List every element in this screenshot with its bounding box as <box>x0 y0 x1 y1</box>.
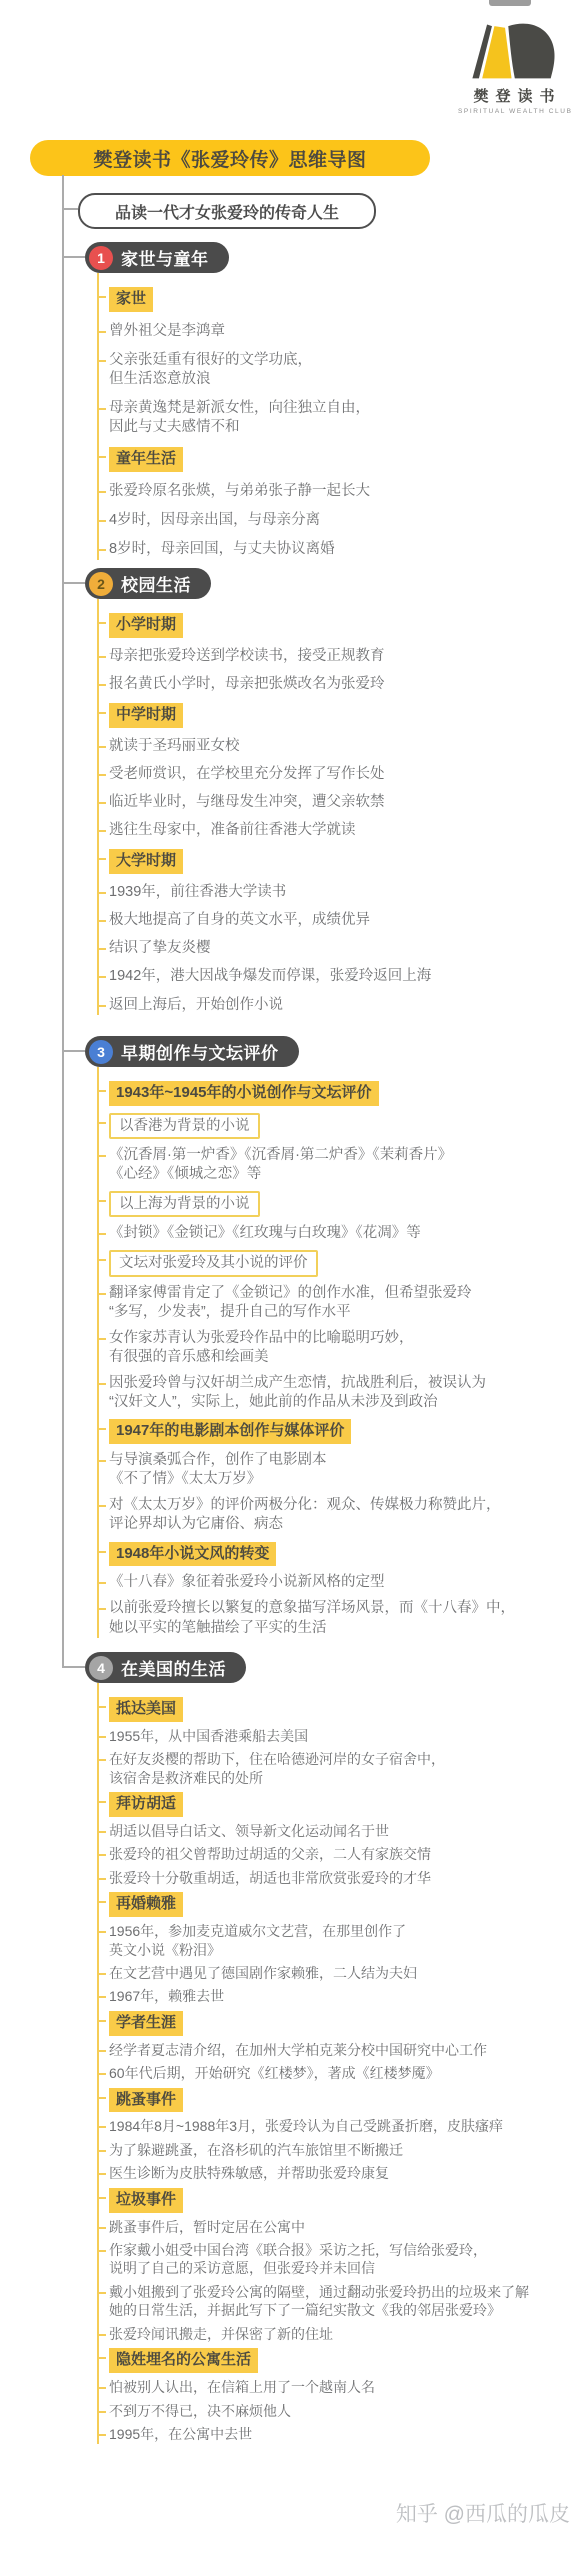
outline-tag-label: 以上海为背景的小说 <box>109 1191 260 1217</box>
outline-tag-label: 以香港为背景的小说 <box>109 1113 260 1139</box>
node-text-line: 为了躲避跳蚤，在洛杉矶的汽车旅馆里不断搬迁 <box>109 2141 573 2159</box>
section-4-node: 4在美国的生活 <box>85 1652 246 1683</box>
node-text: 在文艺营中遇见了德国剧作家赖雅，二人结为夫妇 <box>109 1964 573 1982</box>
node-tag: 再婚赖雅 <box>109 1892 573 1917</box>
node-text-line: 作家戴小姐受中国台湾《联合报》采访之托，写信给张爱玲， <box>109 2241 573 2259</box>
node-text-line: 60年代后期，开始研究《红楼梦》，著成《红楼梦魇》 <box>109 2064 573 2082</box>
node-text: 受老师赏识，在学校里充分发挥了写作长处 <box>109 765 573 784</box>
node-tag: 学者生涯 <box>109 2011 573 2036</box>
node-text: 报名黄氏小学时，母亲把张煐改名为张爱玲 <box>109 675 573 694</box>
node-text-line: 在好友炎樱的帮助下，住在哈德逊河岸的女子宿舍中， <box>109 1750 573 1768</box>
node-text-line: 就读于圣玛丽亚女校 <box>109 737 573 756</box>
section-branch: 家世曾外祖父是李鸿章父亲张廷重有很好的文学功底，但生活恣意放浪母亲黄逸梵是新派女… <box>97 273 573 560</box>
node-text-line: 戴小姐搬到了张爱玲公寓的隔壁，通过翻动张爱玲扔出的垃圾来了解 <box>109 2283 573 2301</box>
node-outline-tag: 文坛对张爱玲及其小说的评价 <box>109 1250 573 1276</box>
node-tag: 小学时期 <box>109 613 573 638</box>
node-outline-tag: 以上海为背景的小说 <box>109 1191 573 1217</box>
node-text-line: 该宿舍是救济难民的处所 <box>109 1769 573 1787</box>
section-3-node: 3早期创作与文坛评价 <box>85 1036 299 1067</box>
node-tag: 家世 <box>109 287 573 312</box>
node-text-line: 8岁时，母亲回国，与丈夫协议离婚 <box>109 540 573 559</box>
node-tag: 1948年小说文风的转变 <box>109 1542 573 1567</box>
node-text: 因张爱玲曾与汉奸胡兰成产生恋情，抗战胜利后，被误认为“汉奸文人”，实际上，她此前… <box>109 1374 573 1412</box>
node-text: 结识了挚友炎樱 <box>109 939 573 958</box>
node-text: 母亲黄逸梵是新派女性，向往独立自由，因此与丈夫感情不和 <box>109 399 573 437</box>
tag-label: 童年生活 <box>109 447 183 472</box>
node-text-line: 1967年，赖雅去世 <box>109 1987 573 2005</box>
node-text-line: 在文艺营中遇见了德国剧作家赖雅，二人结为夫妇 <box>109 1964 573 1982</box>
node-text: 张爱玲原名张煐，与弟弟张子静一起长大 <box>109 482 573 501</box>
node-text-line: 对《太太万岁》的评价两极分化：观众、传媒极力称赞此片， <box>109 1496 573 1515</box>
section-1: 1家世与童年家世曾外祖父是李鸿章父亲张廷重有很好的文学功底，但生活恣意放浪母亲黄… <box>85 242 573 570</box>
node-text: 张爱玲的祖父曾帮助过胡适的父亲，二人有家族交情 <box>109 1845 573 1863</box>
node-outline-tag: 以香港为背景的小说 <box>109 1113 573 1139</box>
node-text: 返回上海后，开始创作小说 <box>109 996 573 1015</box>
node-tag: 垃圾事件 <box>109 2188 573 2213</box>
subtitle-node: 品读一代才女张爱玲的传奇人生 <box>78 193 376 229</box>
node-text-line: 曾外祖父是李鸿章 <box>109 322 573 341</box>
node-text: 临近毕业时，与继母发生冲突，遭父亲软禁 <box>109 793 573 812</box>
node-tag: 拜访胡适 <box>109 1792 573 1817</box>
node-text-line: 母亲黄逸梵是新派女性，向往独立自由， <box>109 399 573 418</box>
tag-label: 1947年的电影剧本创作与媒体评价 <box>109 1419 351 1444</box>
tag-label: 抵达美国 <box>109 1697 183 1722</box>
node-text: 以前张爱玲擅长以繁复的意象描写洋场风景，而《十八春》中，她以平实的笔触描绘了平实… <box>109 1599 573 1637</box>
node-text-line: 怕被别人认出，在信箱上用了一个越南人名 <box>109 2378 573 2396</box>
node-text-line: 医生诊断为皮肤特殊敏感，并帮助张爱玲康复 <box>109 2164 573 2182</box>
node-text: 4岁时，因母亲出国，与母亲分离 <box>109 511 573 530</box>
node-text: 张爱玲闻讯搬走，并保密了新的住址 <box>109 2325 573 2343</box>
section-1-node: 1家世与童年 <box>85 242 229 273</box>
node-tag: 1943年~1945年的小说创作与文坛评价 <box>109 1081 573 1106</box>
outline-tag-label: 文坛对张爱玲及其小说的评价 <box>109 1250 318 1276</box>
node-text: 为了躲避跳蚤，在洛杉矶的汽车旅馆里不断搬迁 <box>109 2141 573 2159</box>
node-text-line: 逃往生母家中，准备前往香港大学就读 <box>109 821 573 840</box>
node-text-line: 她以平实的笔触描绘了平实的生活 <box>109 1619 573 1638</box>
book-logo-icon <box>468 18 560 80</box>
node-text-line: 4岁时，因母亲出国，与母亲分离 <box>109 511 573 530</box>
node-text-line: 以前张爱玲擅长以繁复的意象描写洋场风景，而《十八春》中， <box>109 1599 573 1618</box>
node-text: 1956年，参加麦克道威尔文艺营，在那里创作了英文小说《粉泪》 <box>109 1922 573 1959</box>
node-tag: 隐姓埋名的公寓生活 <box>109 2348 573 2373</box>
node-text: 张爱玲十分敬重胡适，胡适也非常欣赏张爱玲的才华 <box>109 1869 573 1887</box>
watermark: 知乎 @西瓜的瓜皮 <box>396 2498 570 2528</box>
node-text: 作家戴小姐受中国台湾《联合报》采访之托，写信给张爱玲，说明了自己的采访意愿，但张… <box>109 2241 573 2278</box>
node-text: 翻译家傅雷肯定了《金锁记》的创作水准，但希望张爱玲“多写，少发表”，提升自己的写… <box>109 1284 573 1322</box>
node-text: 1942年，港大因战争爆发而停课，张爱玲返回上海 <box>109 967 573 986</box>
cropped-top-element <box>489 0 531 6</box>
node-text-line: 张爱玲闻讯搬走，并保密了新的住址 <box>109 2325 573 2343</box>
node-text-line: 《不了情》《太太万岁》 <box>109 1470 573 1489</box>
node-text-line: 1942年，港大因战争爆发而停课，张爱玲返回上海 <box>109 967 573 986</box>
node-text: 《封锁》《金锁记》《红玫瑰与白玫瑰》《花凋》等 <box>109 1224 573 1243</box>
node-text-line: 临近毕业时，与继母发生冲突，遭父亲软禁 <box>109 793 573 812</box>
node-tag: 抵达美国 <box>109 1697 573 1722</box>
section-branch: 小学时期母亲把张爱玲送到学校读书，接受正规教育报名黄氏小学时，母亲把张煐改名为张… <box>97 599 573 1015</box>
node-text-line: 因此与丈夫感情不和 <box>109 418 573 437</box>
connector-line <box>62 208 78 210</box>
page-title: 樊登读书《张爱玲传》思维导图 <box>30 140 430 176</box>
node-text-line: 张爱玲十分敬重胡适，胡适也非常欣赏张爱玲的才华 <box>109 1869 573 1887</box>
node-text: 就读于圣玛丽亚女校 <box>109 737 573 756</box>
tag-label: 小学时期 <box>109 613 183 638</box>
node-text: 60年代后期，开始研究《红楼梦》，著成《红楼梦魇》 <box>109 2064 573 2082</box>
node-text-line: 女作家苏青认为张爱玲作品中的比喻聪明巧妙， <box>109 1329 573 1348</box>
section-branch: 1943年~1945年的小说创作与文坛评价以香港为背景的小说《沉香屑·第一炉香》… <box>97 1067 573 1638</box>
node-text: 1995年，在公寓中去世 <box>109 2425 573 2443</box>
section-2: 2校园生活小学时期母亲把张爱玲送到学校读书，接受正规教育报名黄氏小学时，母亲把张… <box>85 568 573 1024</box>
tag-label: 学者生涯 <box>109 2011 183 2036</box>
node-text-line: 与导演桑弧合作，创作了电影剧本 <box>109 1451 573 1470</box>
node-text: 1939年，前往香港大学读书 <box>109 883 573 902</box>
node-text: 跳蚤事件后，暂时定居在公寓中 <box>109 2218 573 2236</box>
node-text-line: 1939年，前往香港大学读书 <box>109 883 573 902</box>
node-text-line: 父亲张廷重有很好的文学功底， <box>109 351 573 370</box>
node-tag: 1947年的电影剧本创作与媒体评价 <box>109 1419 573 1444</box>
node-text-line: 经学者夏志清介绍，在加州大学柏克莱分校中国研究中心工作 <box>109 2041 573 2059</box>
node-text: 经学者夏志清介绍，在加州大学柏克莱分校中国研究中心工作 <box>109 2041 573 2059</box>
tag-label: 再婚赖雅 <box>109 1892 183 1917</box>
node-text-line: 1995年，在公寓中去世 <box>109 2425 573 2443</box>
node-text-line: 1955年，从中国香港乘船去美国 <box>109 1727 573 1745</box>
node-text: 对《太太万岁》的评价两极分化：观众、传媒极力称赞此片，评论界却认为它庸俗、病态 <box>109 1496 573 1534</box>
node-text: 戴小姐搬到了张爱玲公寓的隔壁，通过翻动张爱玲扔出的垃圾来了解她的日常生活，并据此… <box>109 2283 573 2320</box>
node-text-line: 英文小说《粉泪》 <box>109 1941 573 1959</box>
node-text-line: 她的日常生活，并据此写下了一篇纪实散文《我的邻居张爱玲》 <box>109 2301 573 2319</box>
section-number-badge: 3 <box>89 1040 113 1064</box>
node-text: 父亲张廷重有很好的文学功底，但生活恣意放浪 <box>109 351 573 389</box>
node-text-line: 极大地提高了自身的英文水平，成绩优异 <box>109 911 573 930</box>
node-text: 女作家苏青认为张爱玲作品中的比喻聪明巧妙，有很强的音乐感和绘画美 <box>109 1329 573 1367</box>
section-number-badge: 4 <box>89 1656 113 1680</box>
node-text-line: 结识了挚友炎樱 <box>109 939 573 958</box>
node-text: 怕被别人认出，在信箱上用了一个越南人名 <box>109 2378 573 2396</box>
node-text-line: 但生活恣意放浪 <box>109 370 573 389</box>
node-tag: 跳蚤事件 <box>109 2088 573 2113</box>
connector-line <box>62 582 85 584</box>
node-text-line: 《十八春》象征着张爱玲小说新风格的定型 <box>109 1573 573 1592</box>
node-text: 1967年，赖雅去世 <box>109 1987 573 2005</box>
section-title: 在美国的生活 <box>121 1655 226 1680</box>
node-text: 1984年8月~1988年3月，张爱玲认为自己受跳蚤折磨，皮肤瘙痒 <box>109 2117 573 2135</box>
node-text-line: 评论界却认为它庸俗、病态 <box>109 1515 573 1534</box>
node-text: 《十八春》象征着张爱玲小说新风格的定型 <box>109 1573 573 1592</box>
node-text: 曾外祖父是李鸿章 <box>109 322 573 341</box>
node-text-line: 受老师赏识，在学校里充分发挥了写作长处 <box>109 765 573 784</box>
node-text-line: 胡适以倡导白话文、领导新文化运动闻名于世 <box>109 1822 573 1840</box>
section-3: 3早期创作与文坛评价1943年~1945年的小说创作与文坛评价以香港为背景的小说… <box>85 1036 573 1645</box>
connector-line <box>62 1050 85 1052</box>
node-tag: 大学时期 <box>109 849 573 874</box>
tag-label: 拜访胡适 <box>109 1792 183 1817</box>
tag-label: 垃圾事件 <box>109 2188 183 2213</box>
node-text-line: 返回上海后，开始创作小说 <box>109 996 573 1015</box>
node-text-line: “汉奸文人”，实际上，她此前的作品从未涉及到政治 <box>109 1393 573 1412</box>
section-branch: 抵达美国1955年，从中国香港乘船去美国在好友炎樱的帮助下，住在哈德逊河岸的女子… <box>97 1683 573 2444</box>
node-text: 逃往生母家中，准备前往香港大学就读 <box>109 821 573 840</box>
section-title: 家世与童年 <box>121 245 209 270</box>
node-text-line: 说明了自己的采访意愿，但张爱玲并未回信 <box>109 2259 573 2277</box>
trunk-connector-line <box>62 175 64 1668</box>
node-text: 在好友炎樱的帮助下，住在哈德逊河岸的女子宿舍中，该宿舍是救济难民的处所 <box>109 1750 573 1787</box>
node-text: 8岁时，母亲回国，与丈夫协议离婚 <box>109 540 573 559</box>
tag-label: 1943年~1945年的小说创作与文坛评价 <box>109 1081 379 1106</box>
section-2-node: 2校园生活 <box>85 568 211 599</box>
node-text: 极大地提高了自身的英文水平，成绩优异 <box>109 911 573 930</box>
brand-logo: 樊登读书 SPIRITUAL WEALTH CLUB <box>458 18 570 115</box>
connector-line <box>62 1666 85 1668</box>
section-number-badge: 1 <box>89 246 113 270</box>
node-text-line: 张爱玲的祖父曾帮助过胡适的父亲，二人有家族交情 <box>109 1845 573 1863</box>
node-text-line: 有很强的音乐感和绘画美 <box>109 1348 573 1367</box>
node-text-line: 1956年，参加麦克道威尔文艺营，在那里创作了 <box>109 1922 573 1940</box>
node-text-line: 《心经》《倾城之恋》等 <box>109 1165 573 1184</box>
node-text: 不到万不得已，决不麻烦他人 <box>109 2402 573 2420</box>
node-text: 胡适以倡导白话文、领导新文化运动闻名于世 <box>109 1822 573 1840</box>
brand-name-cn: 樊登读书 <box>458 85 570 106</box>
node-text-line: 报名黄氏小学时，母亲把张煐改名为张爱玲 <box>109 675 573 694</box>
tag-label: 家世 <box>109 287 153 312</box>
node-text-line: 因张爱玲曾与汉奸胡兰成产生恋情，抗战胜利后，被误认为 <box>109 1374 573 1393</box>
brand-name-en: SPIRITUAL WEALTH CLUB <box>458 108 570 115</box>
node-text: 医生诊断为皮肤特殊敏感，并帮助张爱玲康复 <box>109 2164 573 2182</box>
mindmap-canvas: 樊登读书 SPIRITUAL WEALTH CLUB 樊登读书《张爱玲传》思维导… <box>0 0 578 2560</box>
tag-label: 隐姓埋名的公寓生活 <box>109 2348 258 2373</box>
tag-label: 1948年小说文风的转变 <box>109 1542 276 1567</box>
node-text-line: “多写，少发表”，提升自己的写作水平 <box>109 1303 573 1322</box>
node-tag: 中学时期 <box>109 703 573 728</box>
section-title: 校园生活 <box>121 571 191 596</box>
tag-label: 跳蚤事件 <box>109 2088 183 2113</box>
node-text-line: 张爱玲原名张煐，与弟弟张子静一起长大 <box>109 482 573 501</box>
section-number-badge: 2 <box>89 572 113 596</box>
node-text-line: 《沉香屑·第一炉香》《沉香屑·第二炉香》《茉莉香片》 <box>109 1146 573 1165</box>
node-text-line: 母亲把张爱玲送到学校读书，接受正规教育 <box>109 647 573 666</box>
node-text: 《沉香屑·第一炉香》《沉香屑·第二炉香》《茉莉香片》《心经》《倾城之恋》等 <box>109 1146 573 1184</box>
node-text-line: 不到万不得已，决不麻烦他人 <box>109 2402 573 2420</box>
node-text: 1955年，从中国香港乘船去美国 <box>109 1727 573 1745</box>
tag-label: 大学时期 <box>109 849 183 874</box>
node-tag: 童年生活 <box>109 447 573 472</box>
node-text-line: 翻译家傅雷肯定了《金锁记》的创作水准，但希望张爱玲 <box>109 1284 573 1303</box>
node-text-line: 跳蚤事件后，暂时定居在公寓中 <box>109 2218 573 2236</box>
node-text-line: 1984年8月~1988年3月，张爱玲认为自己受跳蚤折磨，皮肤瘙痒 <box>109 2117 573 2135</box>
node-text: 与导演桑弧合作，创作了电影剧本《不了情》《太太万岁》 <box>109 1451 573 1489</box>
connector-line <box>62 256 85 258</box>
section-4: 4在美国的生活抵达美国1955年，从中国香港乘船去美国在好友炎樱的帮助下，住在哈… <box>85 1652 573 2449</box>
node-text-line: 《封锁》《金锁记》《红玫瑰与白玫瑰》《花凋》等 <box>109 1224 573 1243</box>
section-title: 早期创作与文坛评价 <box>121 1039 279 1064</box>
node-text: 母亲把张爱玲送到学校读书，接受正规教育 <box>109 647 573 666</box>
tag-label: 中学时期 <box>109 703 183 728</box>
